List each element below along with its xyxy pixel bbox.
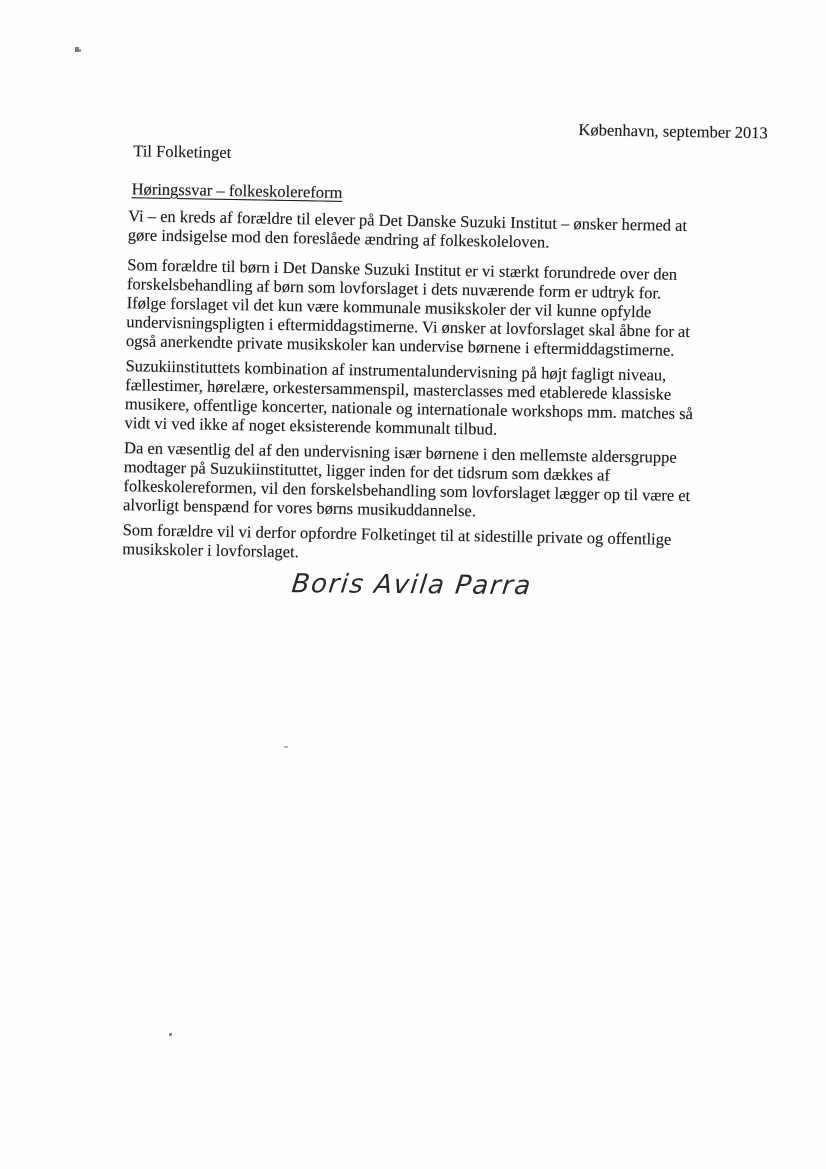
scan-speck [284, 746, 288, 748]
scan-speck [169, 1033, 172, 1036]
scanned-letter-page: København, september 2013 Til Folketinge… [0, 0, 826, 1169]
paragraph-1: Vi – en kreds af forældre til elever på … [116, 206, 769, 255]
paragraph-2: Som forældre til børn i Det Danske Suzuk… [114, 255, 768, 361]
recipient-line: Til Folketinget [117, 141, 769, 171]
letter-content: København, september 2013 Til Folketinge… [110, 112, 770, 602]
date-line: København, september 2013 [118, 112, 770, 142]
paragraph-5: Som forældre vil vi derfor opfordre Folk… [110, 520, 763, 569]
subject-heading: Høringssvar – folkeskolereform [116, 179, 768, 209]
paragraph-3: Suzukiinstituttets kombination af instru… [112, 356, 765, 443]
paragraph-4: Da en væsentlig del af den undervisning … [111, 438, 764, 525]
handwritten-signature: Boris Avila Parra [291, 575, 764, 598]
scan-speck [75, 47, 79, 52]
